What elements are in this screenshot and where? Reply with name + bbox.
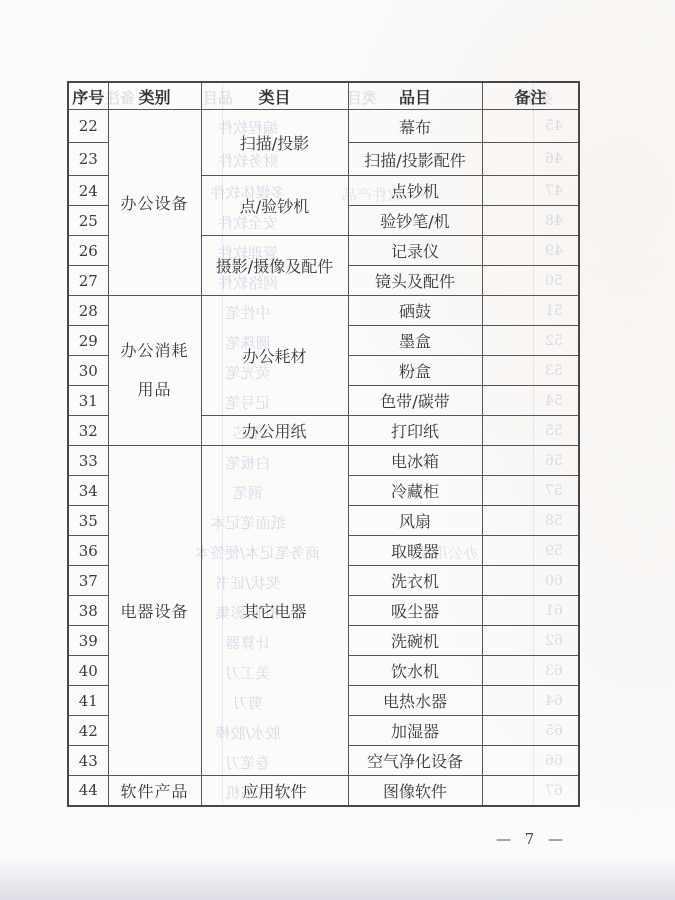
- note-cell: [482, 236, 579, 266]
- item-cell: 验钞笔/机: [348, 206, 482, 236]
- row-number-cell: 23: [68, 143, 108, 176]
- category-cell: 办公设备: [108, 110, 201, 296]
- note-cell: [482, 686, 579, 716]
- subcategory-cell: 点/验钞机: [201, 176, 348, 236]
- row-number-cell: 32: [68, 416, 108, 446]
- table-row: 28 办公消耗 用品 办公耗材 硒鼓: [68, 296, 579, 326]
- item-cell: 点钞机: [348, 176, 482, 206]
- note-cell: [482, 716, 579, 746]
- row-number-cell: 34: [68, 476, 108, 506]
- item-cell: 色带/碳带: [348, 386, 482, 416]
- note-cell: [482, 206, 579, 236]
- item-cell: 打印纸: [348, 416, 482, 446]
- item-cell: 风扇: [348, 506, 482, 536]
- item-cell: 冷藏柜: [348, 476, 482, 506]
- item-cell: 幕布: [348, 110, 482, 143]
- row-number-cell: 42: [68, 716, 108, 746]
- item-cell: 墨盒: [348, 326, 482, 356]
- row-number-cell: 29: [68, 326, 108, 356]
- note-cell: [482, 506, 579, 536]
- item-cell: 吸尘器: [348, 596, 482, 626]
- item-cell: 加湿器: [348, 716, 482, 746]
- subcategory-cell: 办公用纸: [201, 416, 348, 446]
- note-cell: [482, 596, 579, 626]
- note-cell: [482, 536, 579, 566]
- row-number-cell: 39: [68, 626, 108, 656]
- note-cell: [482, 416, 579, 446]
- note-cell: [482, 446, 579, 476]
- note-cell: [482, 476, 579, 506]
- note-cell: [482, 776, 579, 806]
- note-cell: [482, 110, 579, 143]
- row-number-cell: 24: [68, 176, 108, 206]
- row-number-cell: 36: [68, 536, 108, 566]
- note-cell: [482, 566, 579, 596]
- row-number-cell: 44: [68, 776, 108, 806]
- catalog-table: 序号 类别 类目 品目 备注 22 办公设备 扫描/投影 幕布 23 扫描/投影…: [67, 81, 580, 807]
- scan-bottom-shadow: [0, 858, 675, 900]
- note-cell: [482, 326, 579, 356]
- note-cell: [482, 296, 579, 326]
- row-number-cell: 43: [68, 746, 108, 776]
- subcategory-cell: 摄影/摄像及配件: [201, 236, 348, 296]
- note-cell: [482, 356, 579, 386]
- header-cell-category: 类别: [108, 82, 201, 110]
- subcategory-cell: 办公耗材: [201, 296, 348, 416]
- row-number-cell: 33: [68, 446, 108, 476]
- item-cell: 粉盒: [348, 356, 482, 386]
- item-cell: 饮水机: [348, 656, 482, 686]
- note-cell: [482, 266, 579, 296]
- item-cell: 镜头及配件: [348, 266, 482, 296]
- item-cell: 电冰箱: [348, 446, 482, 476]
- row-number-cell: 27: [68, 266, 108, 296]
- item-cell: 硒鼓: [348, 296, 482, 326]
- note-cell: [482, 746, 579, 776]
- table-row: 33 电器设备 其它电器 电冰箱: [68, 446, 579, 476]
- item-cell: 空气净化设备: [348, 746, 482, 776]
- header-cell-subcategory: 类目: [201, 82, 348, 110]
- item-cell: 洗碗机: [348, 626, 482, 656]
- category-cell: 办公消耗 用品: [108, 296, 201, 446]
- subcategory-cell: 其它电器: [201, 446, 348, 776]
- row-number-cell: 38: [68, 596, 108, 626]
- header-cell-note: 备注: [482, 82, 579, 110]
- item-cell: 取暖器: [348, 536, 482, 566]
- table-row: 44 软件产品 应用软件 图像软件: [68, 776, 579, 806]
- row-number-cell: 31: [68, 386, 108, 416]
- category-cell: 电器设备: [108, 446, 201, 776]
- row-number-cell: 26: [68, 236, 108, 266]
- row-number-cell: 41: [68, 686, 108, 716]
- row-number-cell: 37: [68, 566, 108, 596]
- item-cell: 图像软件: [348, 776, 482, 806]
- item-cell: 记录仪: [348, 236, 482, 266]
- row-number-cell: 30: [68, 356, 108, 386]
- subcategory-cell: 扫描/投影: [201, 110, 348, 176]
- header-cell-item: 品目: [348, 82, 482, 110]
- note-cell: [482, 626, 579, 656]
- row-number-cell: 40: [68, 656, 108, 686]
- page-number: — 7 —: [481, 830, 578, 848]
- row-number-cell: 35: [68, 506, 108, 536]
- row-number-cell: 28: [68, 296, 108, 326]
- item-cell: 扫描/投影配件: [348, 143, 482, 176]
- item-cell: 电热水器: [348, 686, 482, 716]
- item-cell: 洗衣机: [348, 566, 482, 596]
- category-cell: 软件产品: [108, 776, 201, 806]
- note-cell: [482, 386, 579, 416]
- note-cell: [482, 176, 579, 206]
- row-number-cell: 25: [68, 206, 108, 236]
- row-number-cell: 22: [68, 110, 108, 143]
- header-cell-no: 序号: [68, 82, 108, 110]
- note-cell: [482, 143, 579, 176]
- table-row: 22 办公设备 扫描/投影 幕布: [68, 110, 579, 143]
- note-cell: [482, 656, 579, 686]
- subcategory-cell: 应用软件: [201, 776, 348, 806]
